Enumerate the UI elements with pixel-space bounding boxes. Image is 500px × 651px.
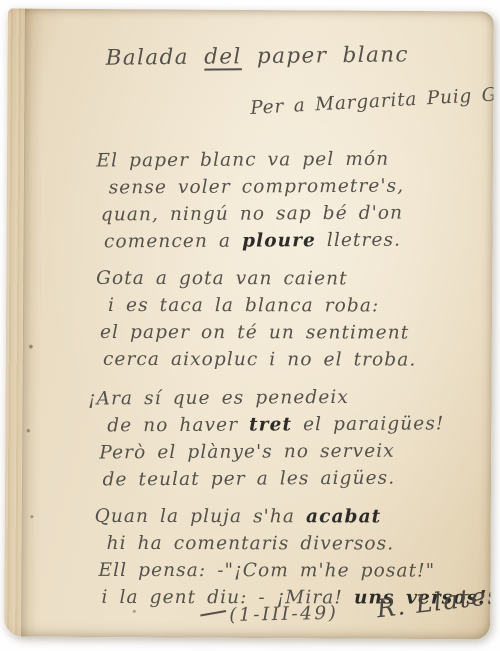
stanza: El paper blanc va pel mónsense voler com… [96, 145, 490, 255]
dedication-line: Per a Margarita Puig Gibanó [250, 81, 494, 119]
photograph: Balada del paper blanc Per a Margarita P… [0, 0, 500, 651]
title-part-post: paper blanc [242, 42, 409, 69]
poem-line: Gota a gota van caient [96, 265, 489, 293]
date-notation: (1-III-49) [200, 603, 339, 627]
poem-line: de teulat per a les aigües. [102, 464, 488, 493]
poem-line: comencen a ploure lletres. [104, 226, 490, 255]
stanza: Gota a gota van caienti es taca la blanc… [96, 265, 489, 374]
stanza: ¡Ara sí que es penedeixde no haver tret … [95, 383, 489, 493]
poem-line: Però el plànye's no serveix [99, 437, 488, 466]
poem-line: ¡Ara sí que es penedeix [88, 383, 488, 412]
poem-line: sense voler comprometre's, [109, 172, 490, 201]
poem-line: El paper blanc va pel món [96, 145, 489, 174]
poem-body: El paper blanc va pel mónsense voler com… [94, 145, 490, 623]
poem-line: quan, ningú no sap bé d'on [101, 199, 490, 228]
poem-line: i es taca la blanca roba: [108, 292, 489, 320]
poem-line: cerca aixopluc i no el troba. [103, 346, 489, 374]
poem-line: de no haver tret el paraigües! [107, 410, 488, 439]
poem-line: Quan la pluja s'ha acabat [95, 503, 488, 531]
book-page: Balada del paper blanc Per a Margarita P… [4, 9, 494, 640]
poem-line: Ell pensa: -"¡Com m'he posat!" [99, 557, 488, 585]
binding-gutter-crease [21, 9, 42, 637]
poem-line: hi ha comentaris diversos. [107, 530, 488, 558]
poem-line: el paper on té un sentiment [100, 319, 489, 347]
poem-title: Balada del paper blanc [106, 42, 410, 70]
title-part-pre: Balada [106, 45, 205, 71]
title-underlined-word: del [204, 44, 242, 69]
